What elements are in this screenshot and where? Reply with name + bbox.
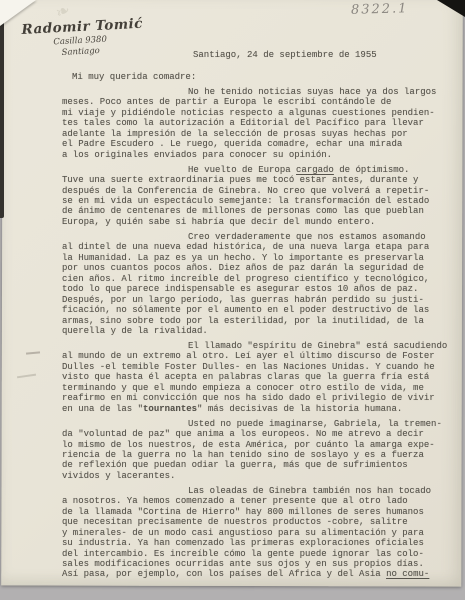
underlined-words-no-comu: no comu- <box>386 569 429 579</box>
paragraph-4-lines: El llamado "espíritu de Ginebra" está sa… <box>62 341 452 404</box>
dateline: Santiago, 24 de septiembre de 1955 <box>193 50 377 60</box>
paragraph-4-text-post: " más decisivas de la historia humana. <box>197 404 402 414</box>
paragraph-4-last-line: en una de las "tournantes" más decisivas… <box>62 404 452 414</box>
paragraph-3: Creo verdaderamente que nos estamos asom… <box>62 232 452 337</box>
letterhead: Radomir Tomić Casilla 9380 Santiago <box>21 16 139 60</box>
scan-left-edge <box>0 6 4 218</box>
bold-word-tournantes: tournantes <box>143 404 197 414</box>
paragraph-2-first-line: He vuelto de Europa cargado de óptimismo… <box>62 165 452 175</box>
paragraph-6-lines: Las oleadas de Ginebra también nos han t… <box>62 486 452 570</box>
paragraph-4-text-pre: en una de las " <box>62 404 143 414</box>
paragraph-5: Usted no puede imaginarse, Gabriela, la … <box>62 419 452 482</box>
scan-backdrop: { "archive_number": "8322.1", "letterhea… <box>0 0 465 600</box>
paragraph-5-lines: Usted no puede imaginarse, Gabriela, la … <box>62 419 452 482</box>
paragraph-6: Las oleadas de Ginebra también nos han t… <box>62 486 452 580</box>
paragraph-6-text-pre: Así pasa, por ejemplo, con los países de… <box>62 569 386 579</box>
paragraph-2-text-pre: He vuelto de Europa <box>188 165 296 175</box>
letter-body: No he tenido noticias suyas hace ya dos … <box>62 87 452 584</box>
paragraph-1-lines: No he tenido noticias suyas hace ya dos … <box>62 87 452 160</box>
salutation: Mi muy querida comadre: <box>72 72 196 82</box>
paragraph-6-last-line: Así pasa, por ejemplo, con los países de… <box>62 569 452 579</box>
underlined-word-cargado: cargado <box>296 165 334 175</box>
paragraph-2: He vuelto de Europa cargado de óptimismo… <box>62 165 452 228</box>
paragraph-4: El llamado "espíritu de Ginebra" está sa… <box>62 341 452 414</box>
paragraph-2-lines: Tuve una suerte extraordinaria pues me t… <box>62 175 452 227</box>
paragraph-1: No he tenido noticias suyas hace ya dos … <box>62 87 452 160</box>
scan-dark-corner <box>437 0 465 17</box>
paragraph-2-text-post: de óptimismo. <box>334 165 410 175</box>
archive-number: 8322.1 <box>351 1 409 18</box>
paragraph-3-lines: Creo verdaderamente que nos estamos asom… <box>62 232 452 337</box>
